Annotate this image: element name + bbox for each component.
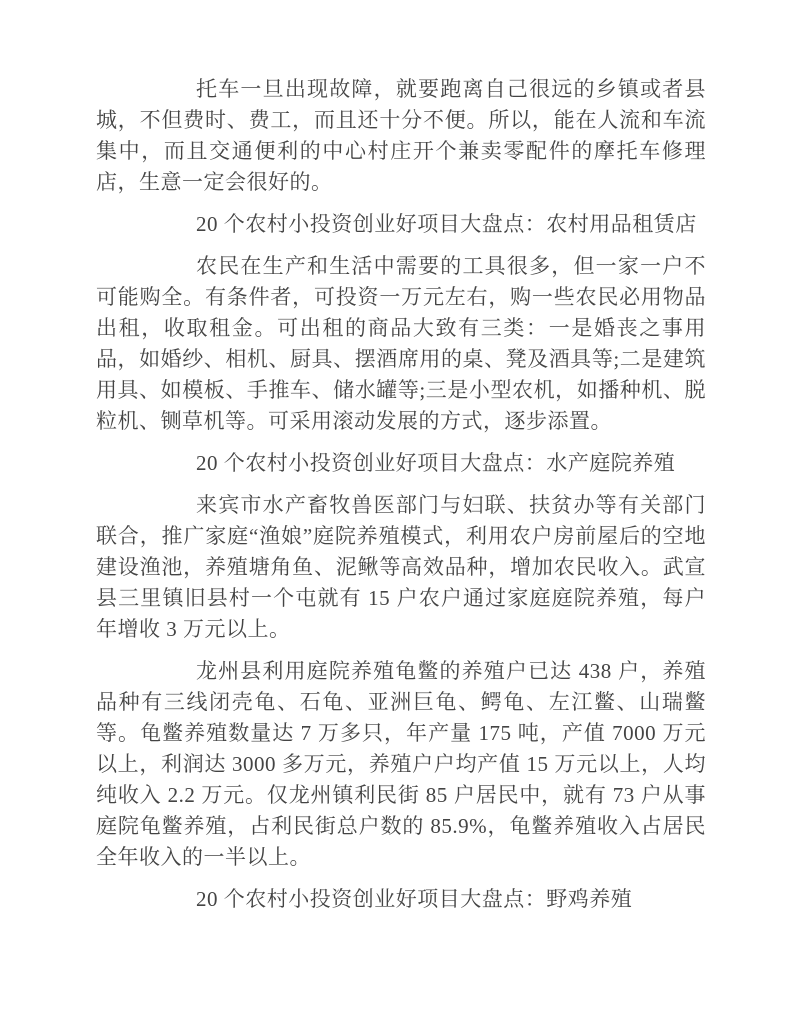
section-heading-rental-store: 20 个农村小投资创业好项目大盘点：农村用品租赁店 [96,209,706,240]
document-page: 托车一旦出现故障，就要跑离自己很远的乡镇或者县城，不但费时、费工，而且还十分不便… [0,0,800,1036]
section-heading-pheasant-farming: 20 个农村小投资创业好项目大盘点：野鸡养殖 [96,884,706,915]
paragraph-turtle-farming: 龙州县利用庭院养殖龟鳖的养殖户已达 438 户，养殖品种有三线闭壳龟、石龟、亚洲… [96,656,706,873]
paragraph-motorcycle-repair: 托车一旦出现故障，就要跑离自己很远的乡镇或者县城，不但费时、费工，而且还十分不便… [96,74,706,198]
paragraph-rental-store: 农民在生产和生活中需要的工具很多，但一家一户不可能购全。有条件者，可投资一万元左… [96,251,706,437]
section-heading-courtyard-aquaculture: 20 个农村小投资创业好项目大盘点：水产庭院养殖 [96,448,706,479]
paragraph-courtyard-aquaculture: 来宾市水产畜牧兽医部门与妇联、扶贫办等有关部门联合，推广家庭“渔娘”庭院养殖模式… [96,490,706,645]
